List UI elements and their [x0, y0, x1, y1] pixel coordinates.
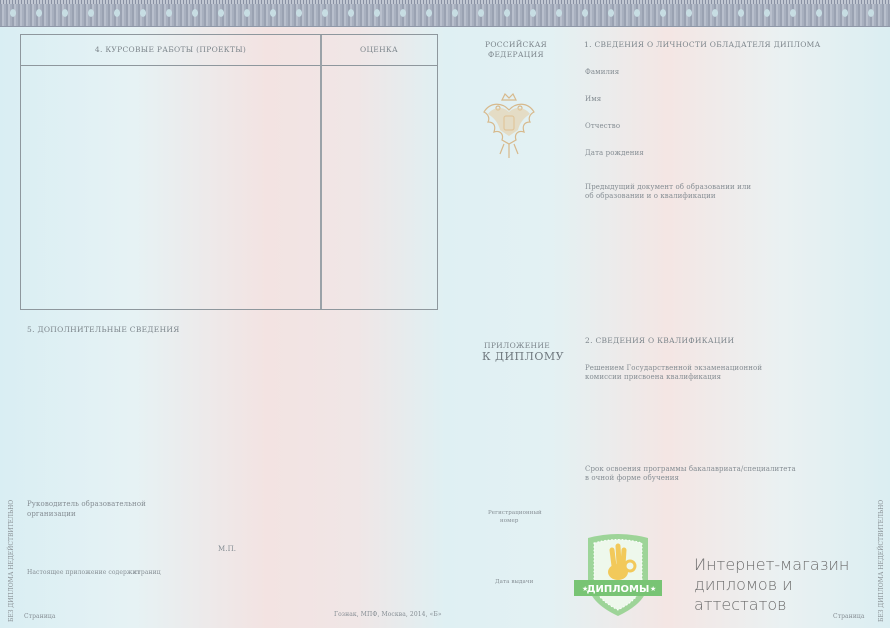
watermark-text: Интернет-магазин дипломов и аттестатов	[694, 555, 890, 615]
term-line2: в очной форме обучения	[585, 474, 679, 482]
pages-suffix: страниц	[134, 569, 161, 576]
reg-number-line1: Регистрационный	[488, 510, 542, 516]
prev-doc-line2: об образовании и о квалификации	[585, 192, 716, 200]
qual-line2: комиссии присвоена квалификация	[585, 373, 721, 381]
qual-line1: Решением Государственной экзаменационной	[585, 364, 762, 372]
field-name: Имя	[585, 95, 601, 103]
reg-number-line2: номер	[500, 518, 519, 524]
appendix-line2: К ДИПЛОМУ	[482, 350, 564, 363]
field-patronymic: Отчество	[585, 122, 620, 130]
issue-date-label: Дата выдачи	[495, 579, 533, 585]
svg-text:★: ★	[650, 585, 656, 593]
section5-title: 5. ДОПОЛНИТЕЛЬНЫЕ СВЕДЕНИЯ	[27, 325, 180, 334]
section2-title: 2. СВЕДЕНИЯ О КВАЛИФИКАЦИИ	[585, 336, 734, 345]
svg-text:★: ★	[582, 585, 588, 593]
appendix-line1: ПРИЛОЖЕНИЕ	[484, 341, 550, 350]
prev-doc-line1: Предыдущий документ об образовании или	[585, 183, 751, 191]
stamp-label: М.П.	[218, 545, 236, 553]
country-line1: РОССИЙСКАЯ	[485, 40, 547, 49]
coursework-table: 4. КУРСОВЫЕ РАБОТЫ (ПРОЕКТЫ) ОЦЕНКА	[20, 34, 438, 310]
section1-title: 1. СВЕДЕНИЯ О ЛИЧНОСТИ ОБЛАДАТЕЛЯ ДИПЛОМ…	[584, 40, 821, 49]
guilloche-border	[0, 0, 890, 27]
watermark-line1: Интернет-магазин	[694, 555, 890, 575]
table-divider	[320, 35, 322, 309]
field-surname: Фамилия	[585, 68, 619, 76]
field-birthdate: Дата рождения	[585, 149, 644, 157]
term-line1: Срок освоения программы бакалавриата/спе…	[585, 465, 796, 473]
country-line2: ФЕДЕРАЦИЯ	[488, 50, 544, 59]
pages-text: Настоящее приложение содержит	[27, 569, 140, 576]
vertical-note-left: БЕЗ ДИПЛОМА НЕДЕЙСТВИТЕЛЬНО	[8, 500, 15, 622]
coursework-header: 4. КУРСОВЫЕ РАБОТЫ (ПРОЕКТЫ)	[21, 45, 320, 54]
head-label-line1: Руководитель образовательной	[27, 500, 146, 508]
printer-imprint: Гознак, МПФ, Москва, 2014, «Б»	[334, 611, 442, 618]
diplomas-badge-logo: ДИПЛОМЫ ★ ★	[570, 530, 666, 620]
grade-header: ОЦЕНКА	[321, 45, 437, 54]
watermark-line2: дипломов и аттестатов	[694, 575, 890, 615]
double-headed-eagle-emblem-icon	[478, 92, 540, 162]
head-label-line2: организации	[27, 510, 76, 518]
svg-text:ДИПЛОМЫ: ДИПЛОМЫ	[587, 584, 650, 595]
page-label-left: Страница	[24, 613, 56, 620]
